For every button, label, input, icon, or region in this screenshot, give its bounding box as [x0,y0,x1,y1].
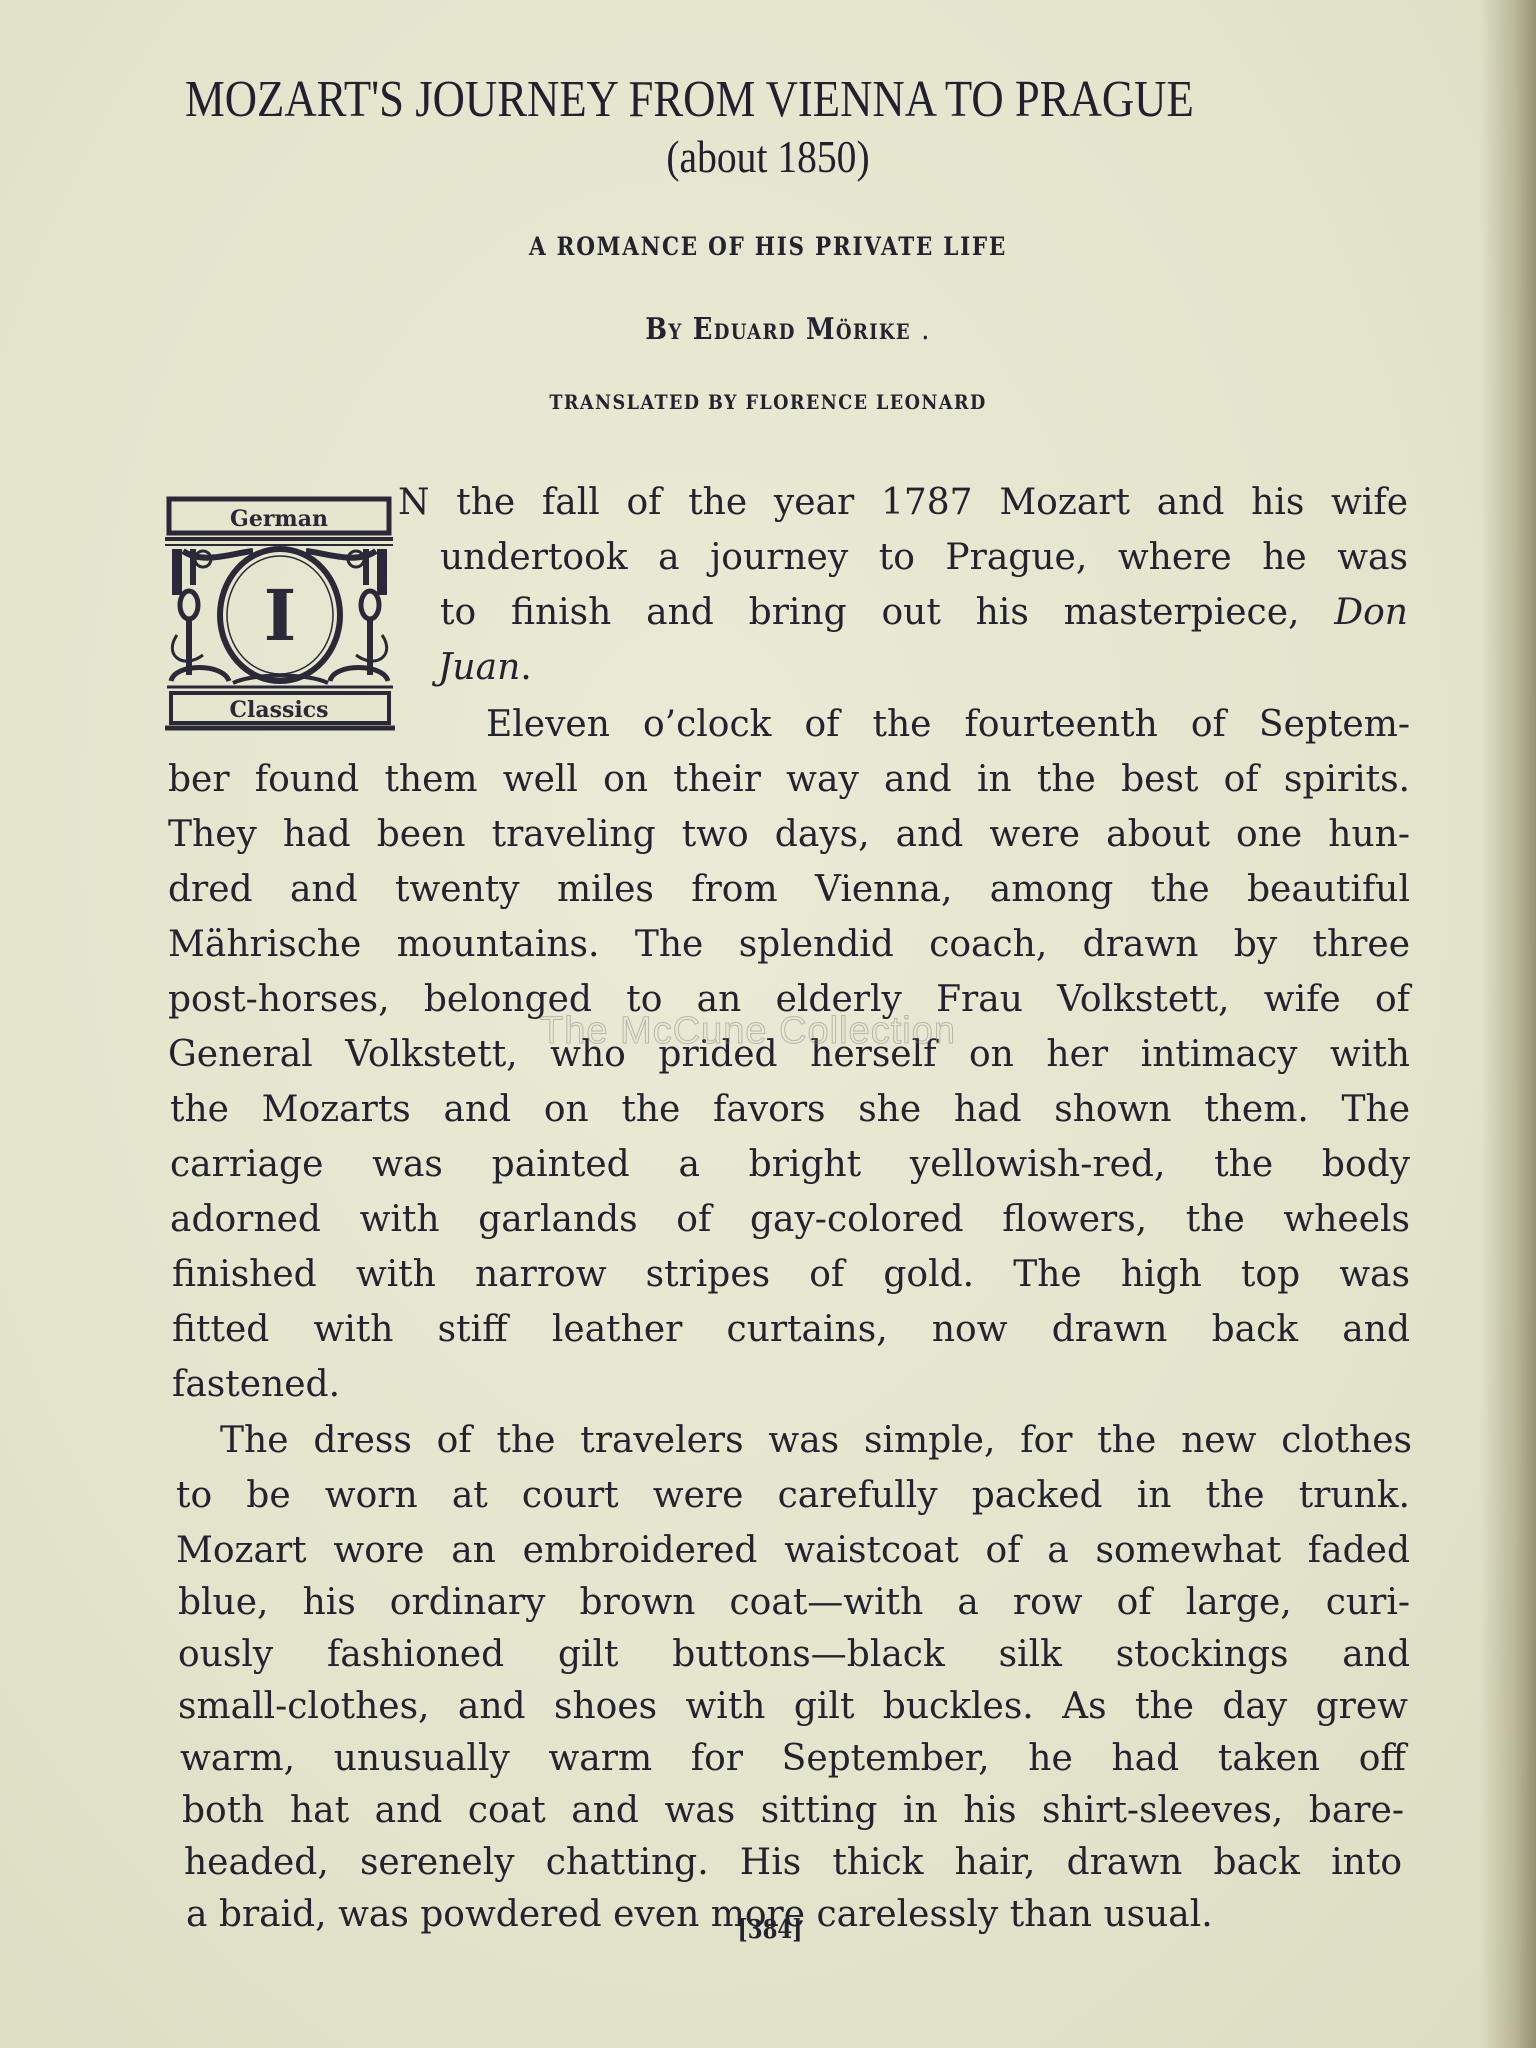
article-subtitle: A ROMANCE OF HIS PRIVATE LIFE [108,232,1429,261]
text-line: both hat and coat and was sitting in his… [182,1790,1404,1831]
text-line: undertook a journey to Prague, where he … [440,537,1408,578]
text-span: to finish and bring out his masterpiece, [440,592,1334,633]
stray-mark: . [921,312,931,347]
text-line: Mährische mountains. The splendid coach,… [168,924,1410,965]
article-title-date: (about 1850) [108,130,1429,183]
ornament-bottom-label: Classics [229,697,328,723]
text-line: small-clothes, and shoes with gilt buckl… [178,1686,1408,1727]
text-line: They had been traveling two days, and we… [168,814,1410,855]
drop-cap-letter: I [264,574,297,657]
work-title-italic: Don [1334,592,1408,633]
text-line: fitted with stiff leather curtains, now … [172,1309,1410,1350]
text-line: dred and twenty miles from Vienna, among… [168,869,1410,910]
text-line: Mozart wore an embroidered waistcoat of … [176,1530,1410,1571]
text-span: . [520,647,531,688]
text-line: fastened. [172,1364,1410,1405]
work-title-italic: Juan [438,647,520,688]
text-line: to be worn at court were carefully packe… [176,1475,1410,1516]
text-line: to finish and bring out his masterpiece,… [440,592,1408,633]
text-line: carriage was painted a bright yellowish-… [170,1144,1410,1185]
collection-watermark: The McCune Collection [540,1010,956,1053]
text-line: ously fashioned gilt buttons—black silk … [178,1634,1410,1675]
text-line: Juan. [438,647,1406,688]
text-line: Eleven o’clock of the fourteenth of Sept… [486,704,1410,745]
text-line: The dress of the travelers was simple, f… [220,1420,1412,1461]
author-name: By Eduard Mörike [645,312,911,347]
article-title: MOZART'S JOURNEY FROM VIENNA TO PRAGUE [185,70,1194,129]
text-line: finished with narrow stripes of gold. Th… [172,1254,1410,1295]
text-line: the Mozarts and on the favors she had sh… [170,1089,1410,1130]
text-line: blue, his ordinary brown coat—with a row… [178,1582,1410,1623]
text-line: ber found them well on their way and in … [168,759,1410,800]
translator-credit: TRANSLATED BY FLORENCE LEONARD [92,390,1444,414]
drop-cap-ornament-icon: German Classics I [163,495,396,731]
text-line: adorned with garlands of gay-colored flo… [170,1199,1410,1240]
ornament-top-label: German [230,506,328,532]
text-line: N the fall of the year 1787 Mozart and h… [398,482,1408,523]
text-line: headed, serenely chatting. His thick hai… [184,1842,1402,1883]
page-number: [384] [139,1915,1402,1945]
text-line: warm, unusually warm for September, he h… [180,1738,1406,1779]
author-byline: By Eduard Mörike . [128,312,1449,347]
